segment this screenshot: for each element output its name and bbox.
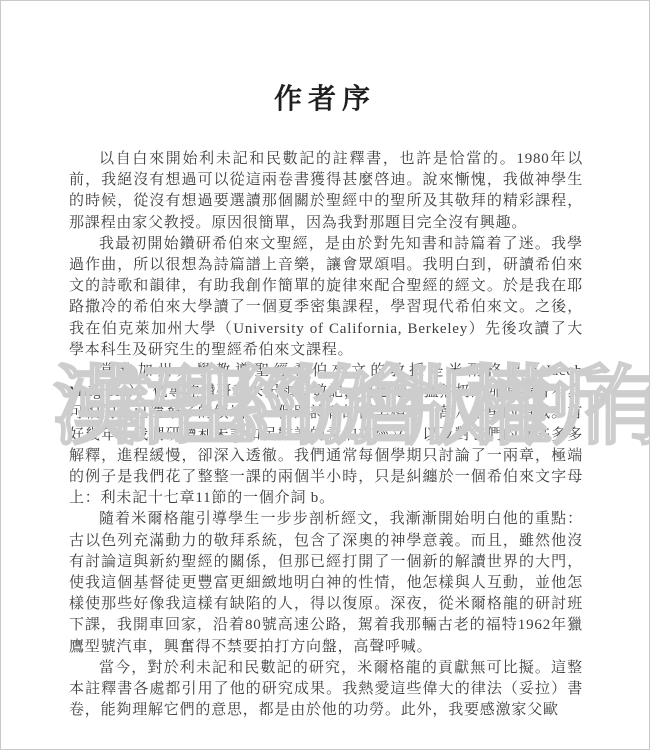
page-title: 作者序: [1, 77, 649, 117]
preface-body: 以自白來開始利未記和民數記的註釋書，也許是恰當的。1980年以前，我絕沒有想過可…: [69, 149, 583, 721]
book-page: 作者序 以自白來開始利未記和民數記的註釋書，也許是恰當的。1980年以前，我絕沒…: [0, 0, 650, 750]
paragraph: 以自白來開始利未記和民數記的註釋書，也許是恰當的。1980年以前，我絕沒有想過可…: [69, 149, 583, 234]
paragraph: 隨着米爾格龍引導學生一步步剖析經文，我漸漸開始明白他的重點：古以色列充滿動力的敬…: [69, 509, 583, 657]
paragraph: 我最初開始鑽研希伯來文聖經，是由於對先知書和詩篇着了迷。我學過作曲，所以很想為詩…: [69, 234, 583, 361]
paragraph: 當時加州大學教導聖經希伯來文的教授是米爾格龍（Jacob Milgrom）。他專…: [69, 361, 583, 509]
paragraph: 當今，對於利未記和民數記的研究，米爾格龍的貢獻無可比擬。這整本註釋書各處都引用了…: [69, 658, 583, 722]
